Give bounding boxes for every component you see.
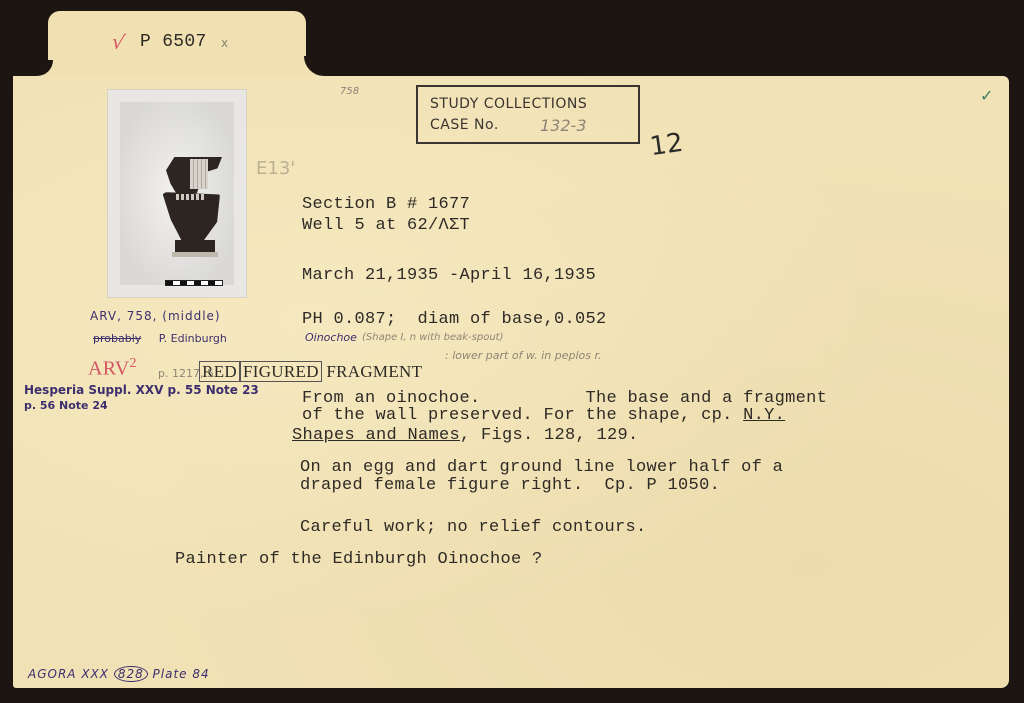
description-line-3: Shapes and Names, Figs. 128, 129.	[292, 428, 639, 444]
stamp-case-label: CASE No.	[430, 117, 499, 133]
agora-catalog-number: 828	[114, 666, 148, 682]
shapes-and-names-title: Shapes and Names	[292, 426, 460, 445]
egg-and-dart-band	[176, 194, 206, 200]
fragment-photo	[107, 89, 247, 298]
agora-reference: AGORA XXX 828 Plate 84	[28, 667, 210, 681]
study-collections-stamp: STUDY COLLECTIONS CASE No. 132-3	[416, 85, 640, 144]
section-line: Section B # 1677	[302, 197, 470, 213]
description-line-2: of the wall preserved. For the shape, cp…	[302, 408, 785, 424]
probably-label: probably P. Edinburgh	[93, 332, 227, 345]
date-range: March 21,1935 -April 16,1935	[302, 268, 596, 284]
scene-line-1: On an egg and dart ground line lower hal…	[300, 460, 783, 476]
agora-volume: AGORA XXX	[28, 667, 109, 681]
fragment-pencil-note: : lower part of w. in peplos r.	[445, 349, 602, 362]
arv-reference: ARV, 758, (middle)	[90, 309, 221, 323]
scale-bar	[165, 280, 223, 286]
category-fragment: FRAGMENT	[326, 362, 422, 381]
drapery-detail	[190, 159, 208, 189]
arv2-label: ARV	[88, 358, 130, 380]
well-line: Well 5 at 62/ΛΣT	[302, 218, 470, 234]
green-check-mark: ✓	[980, 86, 993, 105]
vase-foot	[175, 240, 215, 252]
oinochoe-note: Oinochoe	[305, 331, 357, 344]
scene-line-2: draped female figure right. Cp. P 1050.	[300, 478, 720, 494]
arv2-superscript: 2	[130, 356, 137, 371]
arv2-stamp: ARV2	[88, 356, 137, 377]
painter-attribution: Painter of the Edinburgh Oinochoe ?	[175, 552, 543, 568]
figures-reference: , Figs. 128, 129.	[460, 426, 639, 445]
stamp-case-number: 132-3	[540, 116, 587, 135]
stamp-title: STUDY COLLECTIONS	[430, 96, 587, 112]
category-line: REDFIGURED FRAGMENT	[190, 348, 422, 380]
hesperia-reference-1: Hesperia Suppl. XXV p. 55 Note 23	[24, 383, 259, 397]
erased-pencil-note: E13'	[256, 158, 295, 179]
description-line-1: From an oinochoe. The base and a fragmen…	[302, 391, 827, 407]
folio-number: 12	[648, 128, 685, 162]
accession-number: P 6507	[140, 34, 207, 50]
ny-reference: N.Y.	[743, 406, 785, 425]
probably-text: probably	[93, 332, 141, 345]
arv2-page-note: p. 1217, 5	[158, 367, 214, 380]
accession-mark: x	[221, 36, 228, 50]
technique-note: Careful work; no relief contours.	[300, 520, 647, 536]
agora-plate: Plate 84	[153, 667, 210, 681]
painter-name-note: P. Edinburgh	[159, 332, 227, 345]
vase-base	[172, 252, 218, 257]
hesperia-reference-2: p. 56 Note 24	[24, 399, 108, 412]
description-text: of the wall preserved. For the shape, cp…	[302, 406, 743, 425]
shape-note: (Shape I, n with beak-spout)	[362, 332, 503, 343]
pencil-page-number: 758	[340, 86, 359, 97]
category-figured: FIGURED	[240, 361, 322, 382]
dimensions: PH 0.087; diam of base,0.052	[302, 312, 607, 328]
